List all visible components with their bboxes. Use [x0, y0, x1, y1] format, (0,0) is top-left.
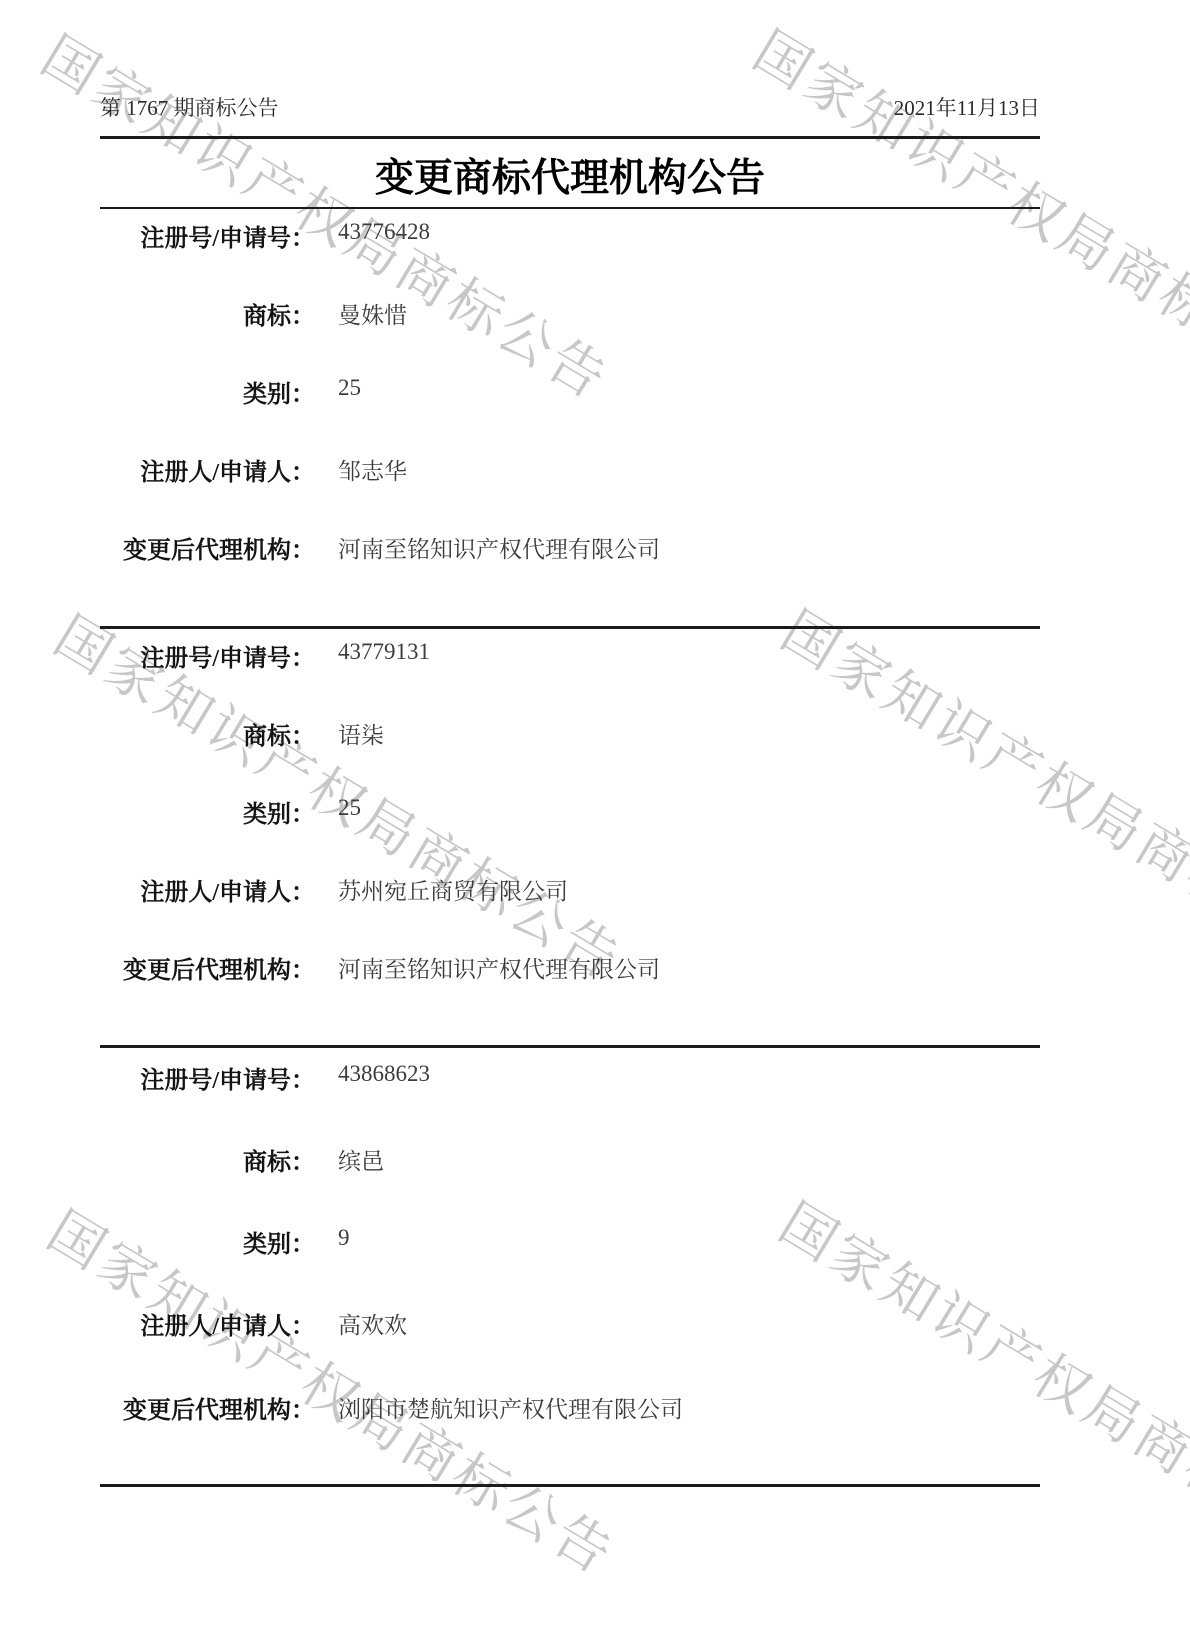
- field-row-registrant: 注册人/申请人： 高欢欢: [100, 1306, 1040, 1340]
- field-value: 曼姝惜: [338, 297, 407, 330]
- field-value: 河南至铭知识产权代理有限公司: [338, 531, 660, 564]
- announcement-title: 变更商标代理机构公告: [100, 147, 1040, 203]
- field-row-trademark: 商标： 曼姝惜: [100, 296, 1040, 330]
- field-row-registration-number: 注册号/申请号： 43779131: [100, 638, 1040, 672]
- field-label: 注册人/申请人：: [100, 1306, 315, 1341]
- field-row-trademark: 商标： 语柒: [100, 716, 1040, 750]
- field-value: 43779131: [338, 639, 430, 665]
- gazette-issue-label: 第 1767 期商标公告: [100, 92, 279, 122]
- field-row-registrant: 注册人/申请人： 苏州宛丘商贸有限公司: [100, 872, 1040, 906]
- gazette-date: 2021年11月13日: [894, 92, 1040, 122]
- title-rule: [100, 207, 1040, 209]
- field-row-new-agency: 变更后代理机构： 河南至铭知识产权代理有限公司: [100, 530, 1040, 564]
- field-value: 河南至铭知识产权代理有限公司: [338, 951, 660, 984]
- bottom-rule: [100, 1484, 1040, 1487]
- field-label: 注册人/申请人：: [100, 452, 315, 487]
- field-label: 商标：: [100, 716, 315, 751]
- record-divider: [100, 1045, 1040, 1048]
- field-label: 商标：: [100, 1142, 315, 1177]
- field-value: 缤邑: [338, 1143, 384, 1176]
- header-rule: [100, 136, 1040, 139]
- field-label: 变更后代理机构：: [100, 1390, 315, 1425]
- field-value: 43868623: [338, 1061, 430, 1087]
- field-value: 高欢欢: [338, 1307, 407, 1340]
- field-label: 注册人/申请人：: [100, 872, 315, 907]
- field-value: 邹志华: [338, 453, 407, 486]
- gazette-page: 国家知识产权局商标公告 国家知识产权局商标公告 国家知识产权局商标公告 国家知识…: [0, 0, 1190, 1636]
- field-value: 浏阳市楚航知识产权代理有限公司: [338, 1391, 683, 1424]
- field-label: 类别：: [100, 1224, 315, 1259]
- field-row-registration-number: 注册号/申请号： 43776428: [100, 218, 1040, 252]
- field-row-class: 类别： 9: [100, 1224, 1040, 1258]
- field-row-new-agency: 变更后代理机构： 河南至铭知识产权代理有限公司: [100, 950, 1040, 984]
- record-divider: [100, 626, 1040, 629]
- field-label: 类别：: [100, 794, 315, 829]
- field-row-new-agency: 变更后代理机构： 浏阳市楚航知识产权代理有限公司: [100, 1390, 1040, 1424]
- field-label: 变更后代理机构：: [100, 530, 315, 565]
- field-row-registrant: 注册人/申请人： 邹志华: [100, 452, 1040, 486]
- field-value: 25: [338, 375, 361, 401]
- field-value: 苏州宛丘商贸有限公司: [338, 873, 568, 906]
- field-label: 类别：: [100, 374, 315, 409]
- field-label: 变更后代理机构：: [100, 950, 315, 985]
- field-row-class: 类别： 25: [100, 794, 1040, 828]
- field-label: 注册号/申请号：: [100, 638, 315, 673]
- field-row-trademark: 商标： 缤邑: [100, 1142, 1040, 1176]
- field-label: 注册号/申请号：: [100, 218, 315, 253]
- field-value: 9: [338, 1225, 350, 1251]
- field-row-registration-number: 注册号/申请号： 43868623: [100, 1060, 1040, 1094]
- field-value: 43776428: [338, 219, 430, 245]
- field-row-class: 类别： 25: [100, 374, 1040, 408]
- field-label: 注册号/申请号：: [100, 1060, 315, 1095]
- field-value: 25: [338, 795, 361, 821]
- field-value: 语柒: [338, 717, 384, 750]
- watermark-text: 国家知识产权局商标公告: [29, 13, 626, 415]
- field-label: 商标：: [100, 296, 315, 331]
